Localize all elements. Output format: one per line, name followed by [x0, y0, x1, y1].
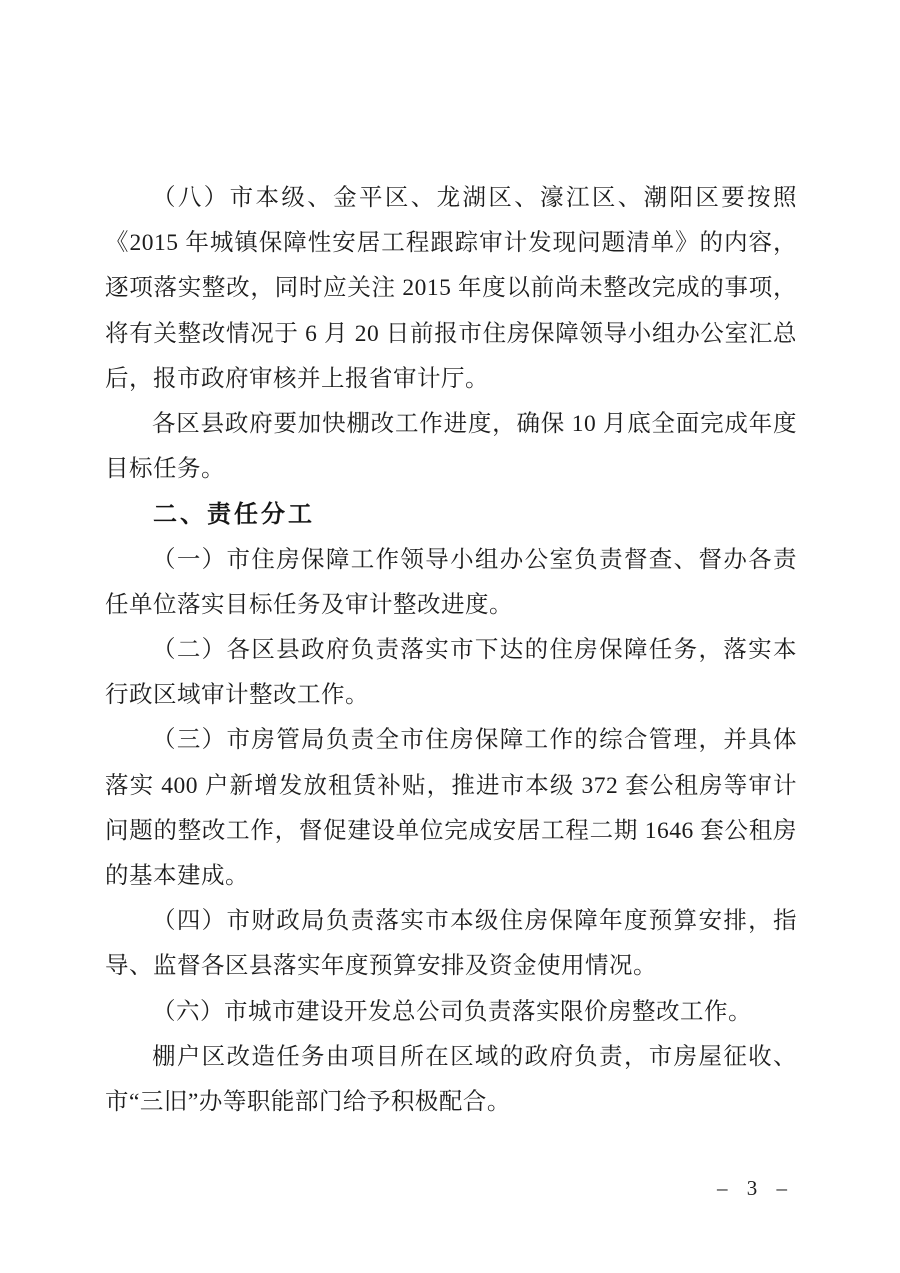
document-body: （八）市本级、金平区、龙湖区、濠江区、潮阳区要按照《2015 年城镇保障性安居工… [105, 176, 797, 1125]
paragraph-item-3: （三）市房管局负责全市住房保障工作的综合管理，并具体落实 400 户新增发放租赁… [105, 718, 797, 899]
paragraph-item-2: （二）各区县政府负责落实市下达的住房保障任务，落实本行政区域审计整改工作。 [105, 628, 797, 718]
paragraph-item-6: （六）市城市建设开发总公司负责落实限价房整改工作。 [105, 990, 797, 1035]
document-page: （八）市本级、金平区、龙湖区、濠江区、潮阳区要按照《2015 年城镇保障性安居工… [0, 0, 900, 1273]
page-number: – 3 – [717, 1176, 794, 1201]
paragraph-shantytown-responsibility: 棚户区改造任务由项目所在区域的政府负责，市房屋征收、市“三旧”办等职能部门给予积… [105, 1035, 797, 1125]
paragraph-shantytown-progress: 各区县政府要加快棚改工作进度，确保 10 月底全面完成年度目标任务。 [105, 402, 797, 492]
paragraph-item-8: （八）市本级、金平区、龙湖区、濠江区、潮阳区要按照《2015 年城镇保障性安居工… [105, 176, 797, 402]
paragraph-item-1: （一）市住房保障工作领导小组办公室负责督查、督办各责任单位落实目标任务及审计整改… [105, 538, 797, 628]
paragraph-item-4: （四）市财政局负责落实市本级住房保障年度预算安排，指导、监督各区县落实年度预算安… [105, 899, 797, 989]
section-heading-responsibility-division: 二、责任分工 [105, 492, 797, 537]
